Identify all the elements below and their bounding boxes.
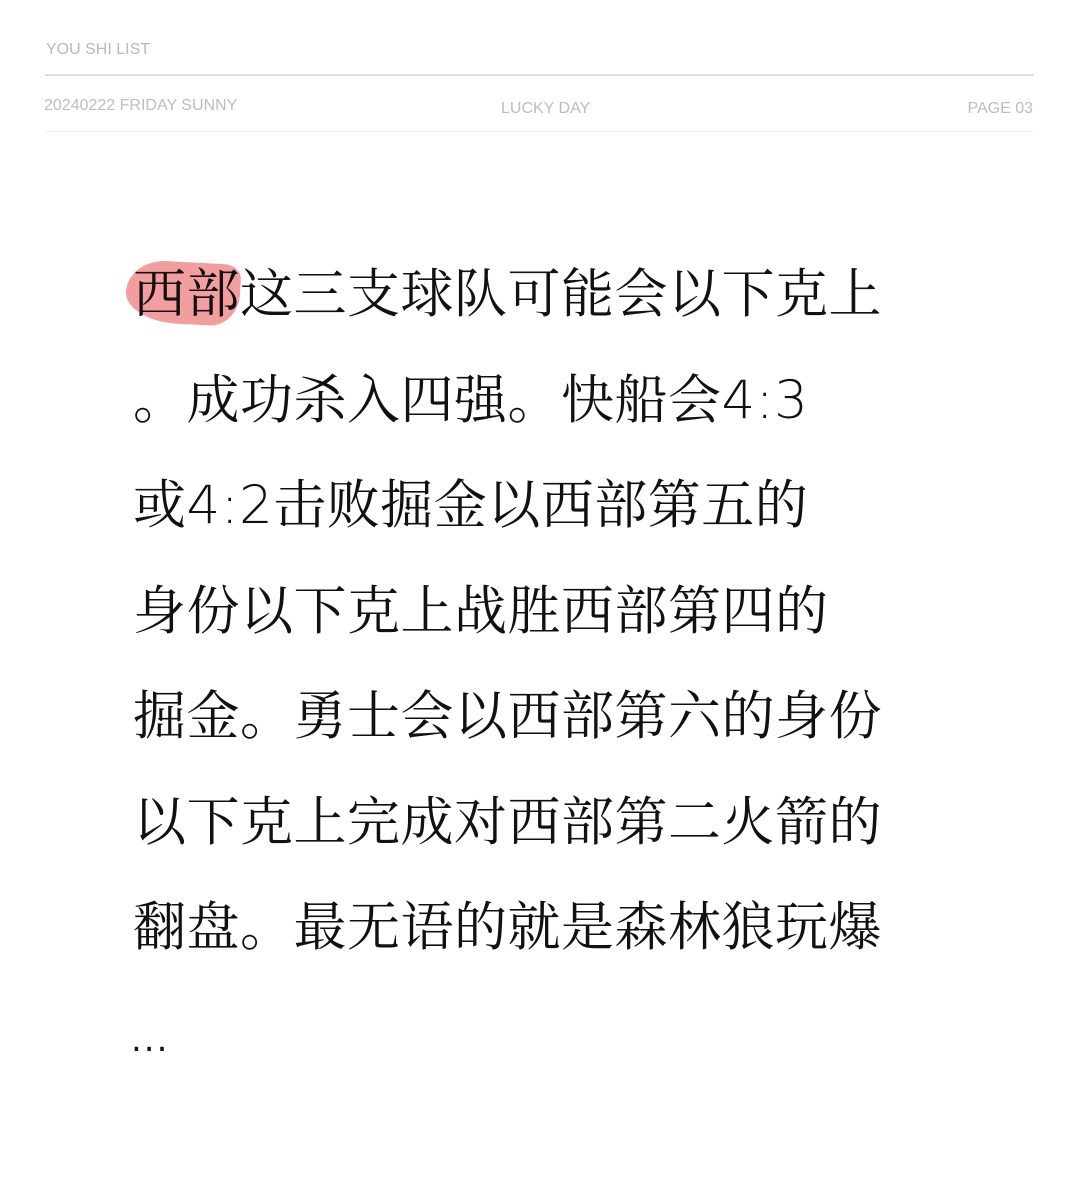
top-divider xyxy=(45,74,1034,76)
body-line: 西部这三支球队可能会以下克上 xyxy=(133,242,963,348)
meta-row: 20240222 FRIDAY SUNNY LUCKY DAY PAGE 03 xyxy=(44,97,1034,119)
body-line: 。成功杀入四强。快船会4:3 xyxy=(133,348,963,454)
body-text: 西部这三支球队可能会以下克上 。成功杀入四强。快船会4:3 或4:2击败掘金以西… xyxy=(133,242,963,981)
body-line: 掘金。勇士会以西部第六的身份 xyxy=(133,664,963,770)
body-line: 以下克上完成对西部第二火箭的 xyxy=(133,770,963,876)
date-weather-label: 20240222 FRIDAY SUNNY xyxy=(44,97,237,115)
ellipsis: ... xyxy=(131,1020,169,1060)
body-line: 身份以下克上战胜西部第四的 xyxy=(133,559,963,665)
body-line: 翻盘。最无语的就是森林狼玩爆 xyxy=(133,875,963,981)
bottom-divider xyxy=(45,131,1034,132)
tagline-label: LUCKY DAY xyxy=(501,100,590,118)
brand-label: YOU SHI LIST xyxy=(46,41,150,59)
body-line: 或4:2击败掘金以西部第五的 xyxy=(133,453,963,559)
page-number-label: PAGE 03 xyxy=(967,100,1033,118)
